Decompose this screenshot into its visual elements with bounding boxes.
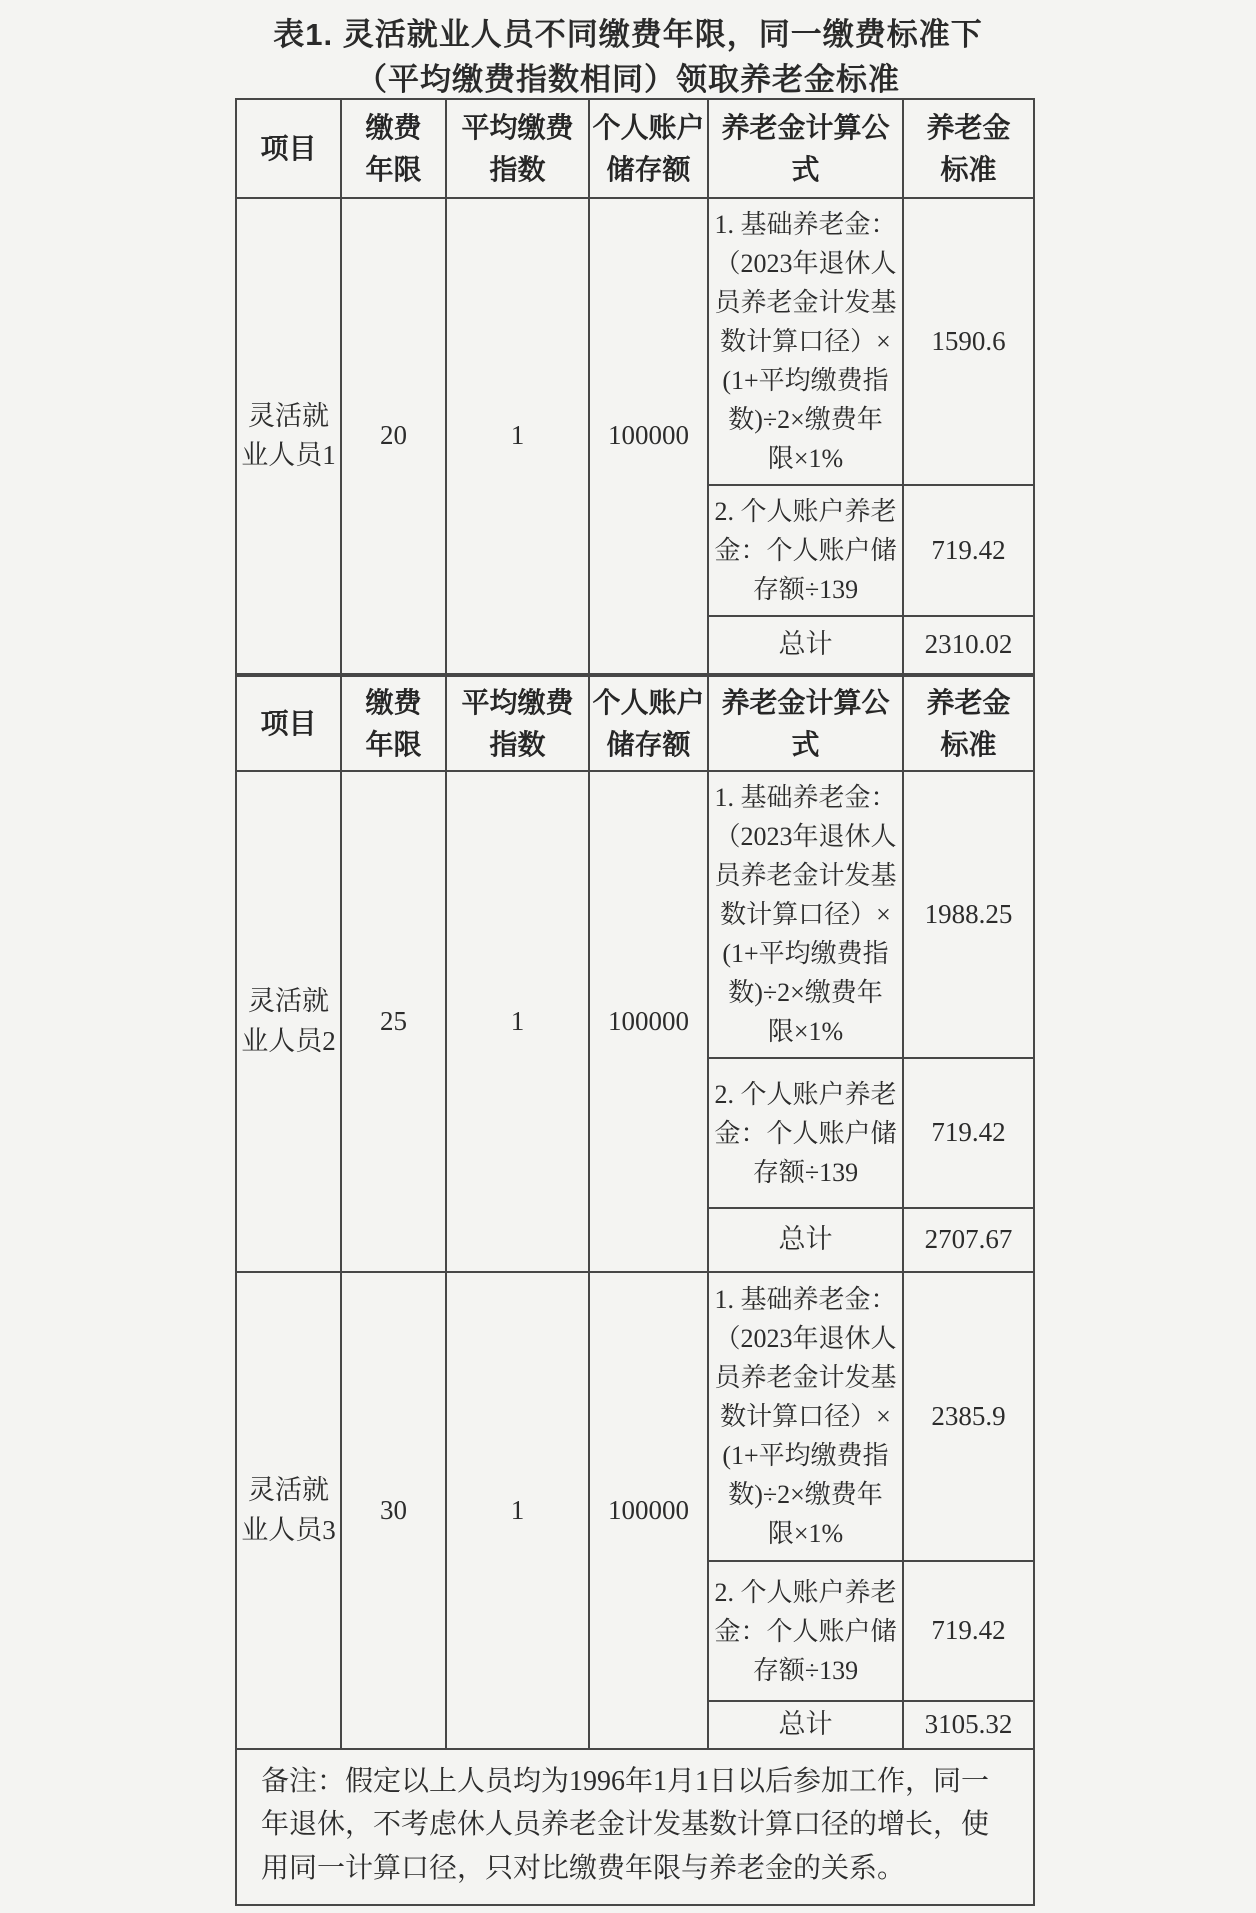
- person2-account-balance: 100000: [589, 771, 708, 1272]
- person1-name: 灵活就业人员1: [236, 198, 341, 674]
- footnote: 备注：假定以上人员均为1996年1月1日以后参加工作，同一年退休，不考虑休人员养…: [236, 1749, 1034, 1905]
- header-avg-index: 平均缴费 指数: [446, 99, 589, 198]
- person1-basic-row: 灵活就业人员1 20 1 100000 1. 基础养老金： （2023年退休人 …: [236, 198, 1034, 485]
- person3-basic-value: 2385.9: [903, 1272, 1034, 1561]
- person3-personal-value: 719.42: [903, 1561, 1034, 1701]
- person1-avg-index: 1: [446, 198, 589, 674]
- person3-basic-formula: 1. 基础养老金： （2023年退休人 员养老金计发基 数计算口径）× (1+平…: [708, 1272, 903, 1561]
- person3-personal-formula: 2. 个人账户养老 金：个人账户储 存额÷139: [708, 1561, 903, 1701]
- header-item: 项目: [236, 99, 341, 198]
- header-account-balance: 个人账户 储存额: [589, 99, 708, 198]
- header-avg-index: 平均缴费 指数: [446, 676, 589, 771]
- document-title-line2: （平均缴费指数相同）领取养老金标准: [0, 57, 1256, 102]
- person1-account-balance: 100000: [589, 198, 708, 674]
- person2-name: 灵活就业人员2: [236, 771, 341, 1272]
- header-payment-years: 缴费 年限: [341, 99, 446, 198]
- person3-total-value: 3105.32: [903, 1701, 1034, 1749]
- header-standard: 养老金 标准: [903, 99, 1034, 198]
- table1-header-row: 项目 缴费 年限 平均缴费 指数 个人账户 储存额 养老金计算公式 养老金 标准: [236, 99, 1034, 198]
- header-formula: 养老金计算公式: [708, 99, 903, 198]
- header-payment-years: 缴费 年限: [341, 676, 446, 771]
- header-item: 项目: [236, 676, 341, 771]
- header-standard: 养老金 标准: [903, 676, 1034, 771]
- person2-avg-index: 1: [446, 771, 589, 1272]
- person3-account-balance: 100000: [589, 1272, 708, 1749]
- person2-basic-value: 1988.25: [903, 771, 1034, 1058]
- document-title-line1: 表1. 灵活就业人员不同缴费年限，同一缴费标准下: [0, 12, 1256, 57]
- pension-table-2: 项目 缴费 年限 平均缴费 指数 个人账户 储存额 养老金计算公式 养老金 标准…: [235, 675, 1035, 1906]
- pension-table-1: 项目 缴费 年限 平均缴费 指数 个人账户 储存额 养老金计算公式 养老金 标准…: [235, 98, 1035, 675]
- footnote-row: 备注：假定以上人员均为1996年1月1日以后参加工作，同一年退休，不考虑休人员养…: [236, 1749, 1034, 1905]
- person3-payment-years: 30: [341, 1272, 446, 1749]
- person1-basic-value: 1590.6: [903, 198, 1034, 485]
- person2-payment-years: 25: [341, 771, 446, 1272]
- person2-personal-value: 719.42: [903, 1058, 1034, 1208]
- person2-total-value: 2707.67: [903, 1208, 1034, 1272]
- document-title: 表1. 灵活就业人员不同缴费年限，同一缴费标准下 （平均缴费指数相同）领取养老金…: [0, 12, 1256, 102]
- person1-total-value: 2310.02: [903, 616, 1034, 674]
- person3-total-label: 总计: [708, 1701, 903, 1749]
- person1-total-label: 总计: [708, 616, 903, 674]
- person2-basic-row: 灵活就业人员2 25 1 100000 1. 基础养老金： （2023年退休人 …: [236, 771, 1034, 1058]
- table2-header-row: 项目 缴费 年限 平均缴费 指数 个人账户 储存额 养老金计算公式 养老金 标准: [236, 676, 1034, 771]
- header-account-balance: 个人账户 储存额: [589, 676, 708, 771]
- person3-avg-index: 1: [446, 1272, 589, 1749]
- header-formula: 养老金计算公式: [708, 676, 903, 771]
- person1-personal-value: 719.42: [903, 485, 1034, 616]
- person2-personal-formula: 2. 个人账户养老 金：个人账户储 存额÷139: [708, 1058, 903, 1208]
- person1-payment-years: 20: [341, 198, 446, 674]
- person3-name: 灵活就业人员3: [236, 1272, 341, 1749]
- person1-personal-formula: 2. 个人账户养老 金：个人账户储 存额÷139: [708, 485, 903, 616]
- person2-basic-formula: 1. 基础养老金： （2023年退休人 员养老金计发基 数计算口径）× (1+平…: [708, 771, 903, 1058]
- person2-total-label: 总计: [708, 1208, 903, 1272]
- person3-basic-row: 灵活就业人员3 30 1 100000 1. 基础养老金： （2023年退休人 …: [236, 1272, 1034, 1561]
- person1-basic-formula: 1. 基础养老金： （2023年退休人 员养老金计发基 数计算口径）× (1+平…: [708, 198, 903, 485]
